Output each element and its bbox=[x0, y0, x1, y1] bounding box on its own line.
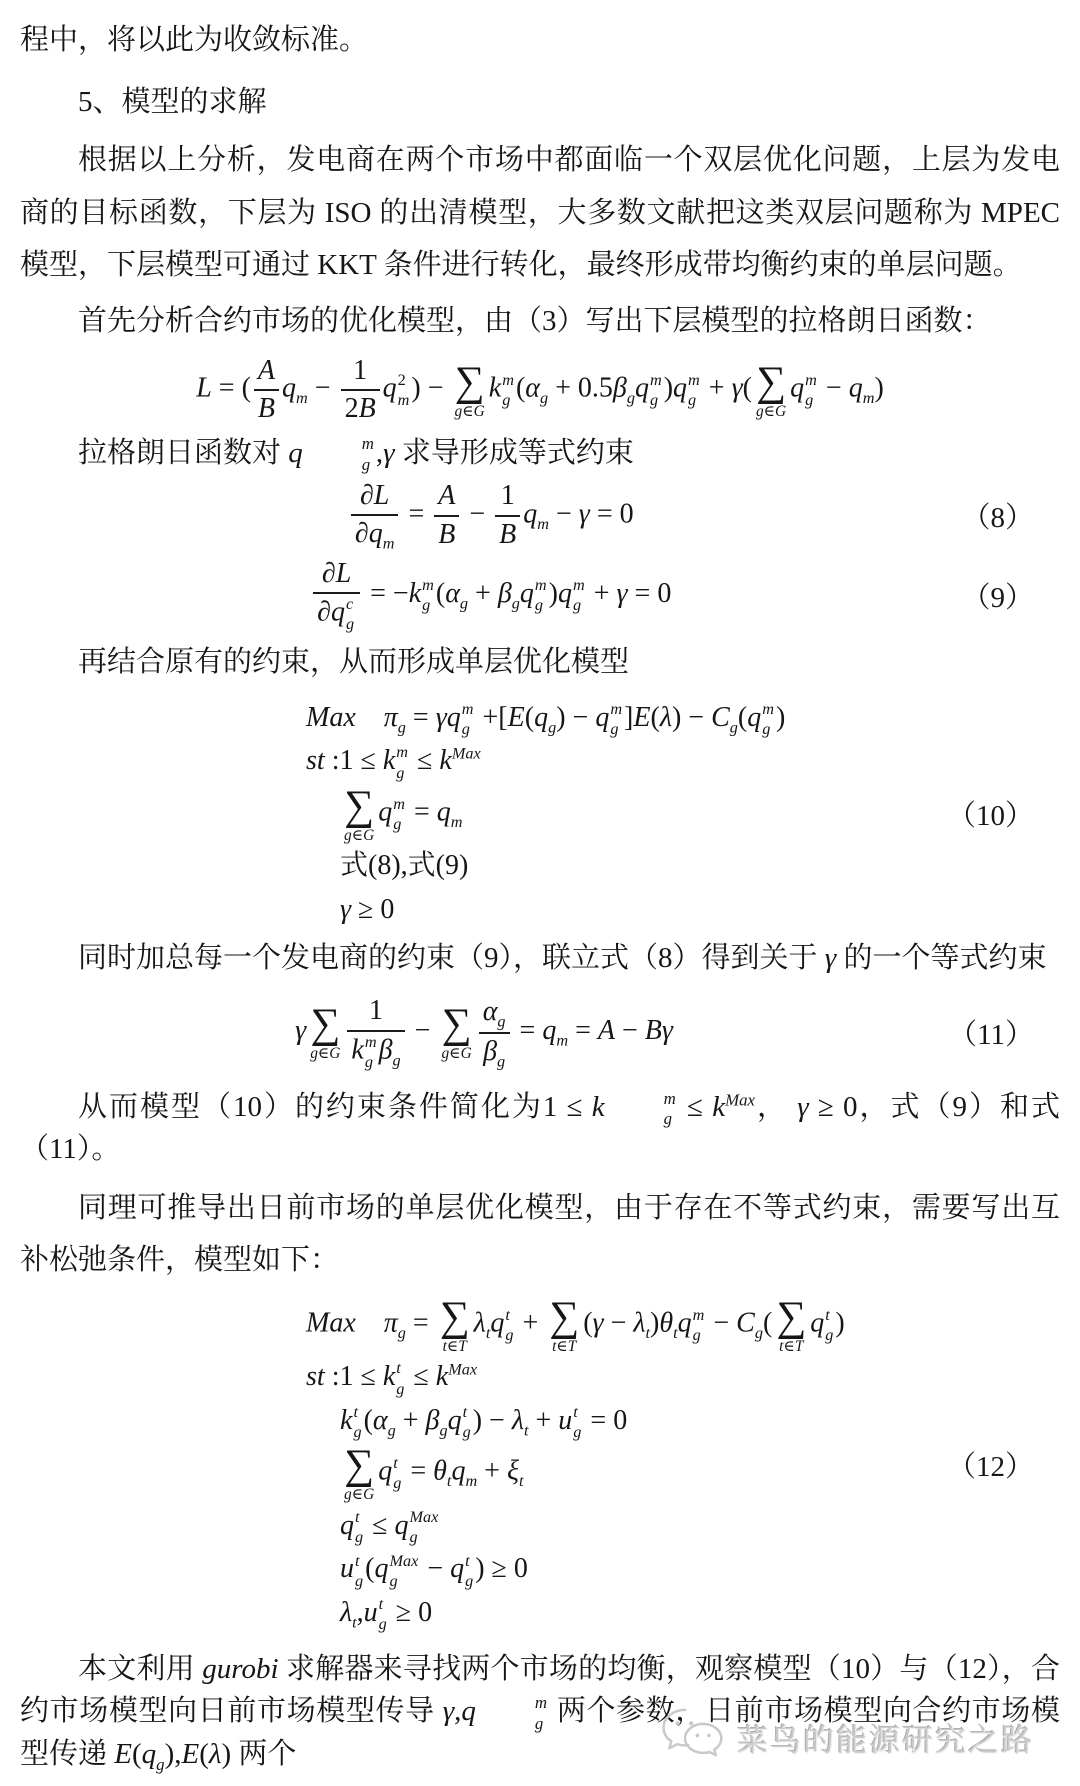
model-12-nonneg: λt,utg ≥ 0 bbox=[306, 1593, 947, 1634]
equation-8-number: （8） bbox=[961, 495, 1060, 536]
model-10-gamma: γ ≥ 0 bbox=[306, 890, 947, 931]
model-10-balance: ∑g∈Gqmg = qm bbox=[306, 785, 947, 843]
document-page: 程中，将以此为收敛标准。 5、模型的求解 根据以上分析，发电商在两个市场中都面临… bbox=[0, 0, 1080, 1786]
equation-11-number: （11） bbox=[948, 1012, 1060, 1053]
equation-11-formula: γ∑g∈G1kmgβg − ∑g∈Gαgβg = qm = A − Bγ bbox=[20, 995, 948, 1070]
equation-lagrangian: L = (ABqm − 12Bq2m) − ∑g∈Gkmg(αg + 0.5βg… bbox=[20, 355, 1060, 425]
model-12-st: st :1 ≤ ktg ≤ kMax bbox=[306, 1357, 947, 1398]
equation-10-number: （10） bbox=[947, 793, 1060, 834]
equation-9: ∂L∂qcg = −kmg(αg + βgqmg)qmg + γ = 0 （9） bbox=[20, 558, 1060, 633]
model-12-complementarity: utg(qMaxg − qtg) ≥ 0 bbox=[306, 1549, 947, 1590]
wechat-logo-icon bbox=[661, 1707, 727, 1768]
paragraph-continuation: 程中，将以此为收敛标准。 bbox=[20, 14, 1060, 66]
paragraph-overview: 根据以上分析，发电商在两个市场中都面临一个双层优化问题，上层为发电商的目标函数，… bbox=[20, 134, 1060, 291]
model-10-refs: 式(8),式(9) bbox=[306, 846, 947, 887]
equation-9-formula: ∂L∂qcg = −kmg(αg + βgqmg)qmg + γ = 0 bbox=[20, 558, 961, 633]
equation-8: ∂L∂qm = AB − 1Bqm − γ = 0 （8） bbox=[20, 480, 1060, 552]
lagrangian-formula: L = (ABqm − 12Bq2m) − ∑g∈Gkmg(αg + 0.5βg… bbox=[20, 355, 1060, 425]
model-10-objective: Max πg = γqmg +[E(qg) − qmg]E(λ) − Cg(qm… bbox=[306, 698, 947, 739]
model-10-st: st :1 ≤ kmg ≤ kMax bbox=[306, 741, 947, 782]
equation-12: Max πg = ∑t∈Tλtqtg + ∑t∈T(γ − λt)θtqmg −… bbox=[20, 1293, 1060, 1637]
model-12-balance: ∑g∈Gqtg = θtqm + ξt bbox=[306, 1444, 947, 1502]
watermark-label: 菜鸟的能源研究之路 bbox=[737, 1715, 1034, 1760]
equation-10: Max πg = γqmg +[E(qg) − qmg]E(λ) − Cg(qm… bbox=[20, 695, 1060, 934]
model-12-kkt: ktg(αg + βgqtg) − λt + utg = 0 bbox=[306, 1401, 947, 1442]
paragraph-simplify: 从而模型（10）的约束条件简化为1 ≤ kmg ≤ kMax， γ ≥ 0，式（… bbox=[20, 1086, 1060, 1170]
paragraph-contract-intro: 首先分析合约市场的优化模型，由（3）写出下层模型的拉格朗日函数： bbox=[20, 295, 1060, 347]
paragraph-single-layer: 再结合原有的约束，从而形成单层优化模型 bbox=[20, 636, 1060, 688]
equation-12-number: （12） bbox=[947, 1444, 1060, 1485]
equation-9-number: （9） bbox=[961, 575, 1060, 616]
model-12-capacity: qtg ≤ qMaxg bbox=[306, 1506, 947, 1547]
equation-11: γ∑g∈G1kmgβg − ∑g∈Gαgβg = qm = A − Bγ （11… bbox=[20, 995, 1060, 1070]
equation-8-formula: ∂L∂qm = AB − 1Bqm − γ = 0 bbox=[20, 480, 961, 552]
model-12-objective: Max πg = ∑t∈Tλtqtg + ∑t∈T(γ − λt)θtqmg −… bbox=[306, 1296, 947, 1354]
paragraph-aggregate: 同时加总每一个发电商的约束（9），联立式（8）得到关于 γ 的一个等式约束 bbox=[20, 937, 1060, 979]
watermark: 菜鸟的能源研究之路 bbox=[661, 1707, 1034, 1768]
paragraph-derivative: 拉格朗日函数对 qmg,γ 求导形成等式约束 bbox=[20, 432, 1060, 474]
section-heading: 5、模型的求解 bbox=[20, 76, 1060, 128]
paragraph-dayahead: 同理可推导出日前市场的单层优化模型，由于存在不等式约束，需要写出互补松弛条件，模… bbox=[20, 1182, 1060, 1286]
